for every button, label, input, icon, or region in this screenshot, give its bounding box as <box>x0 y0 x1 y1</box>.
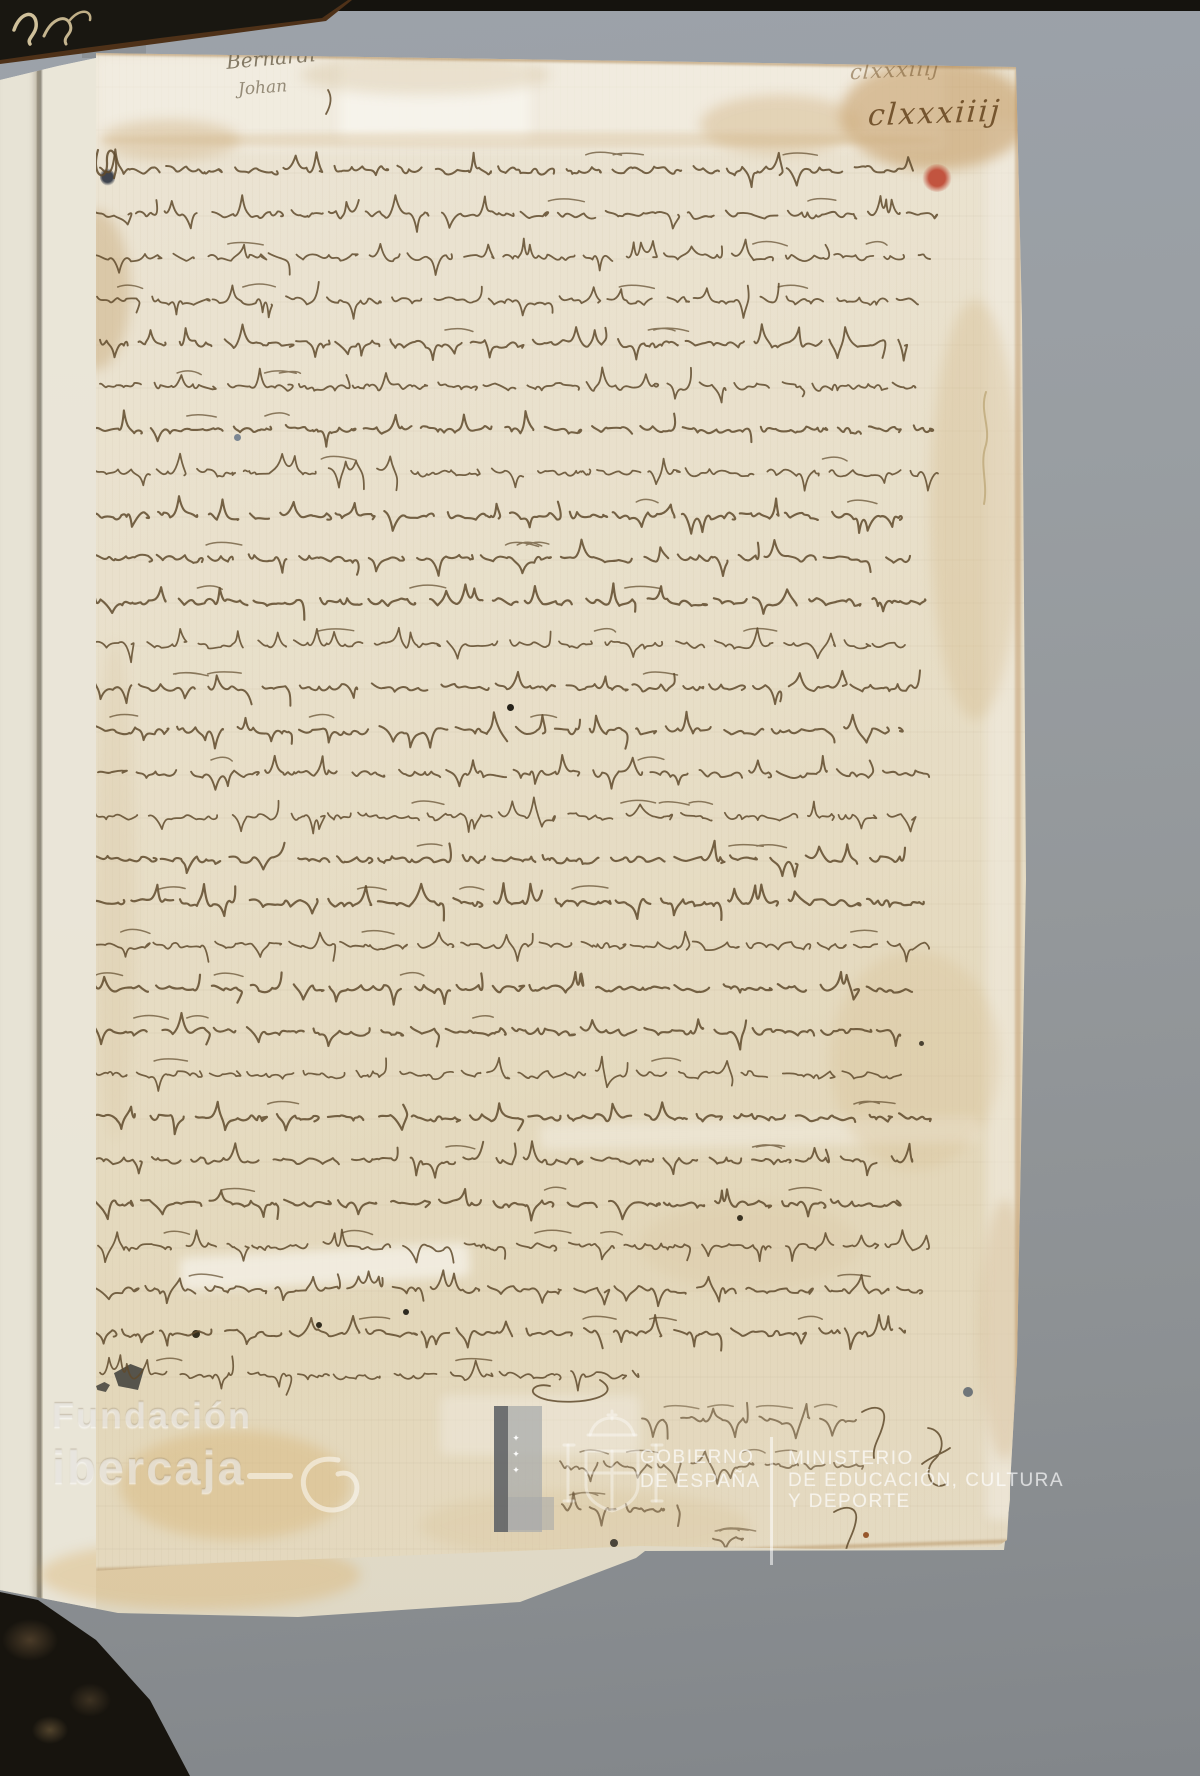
ibercaja-watermark-line2: ibercaja <box>52 1440 252 1496</box>
star-icon: ✦ <box>512 1434 520 1443</box>
ministerio-line1: MINISTERIO <box>788 1448 1064 1470</box>
binding-threads <box>0 0 120 60</box>
star-icon: ✦ <box>512 1466 520 1475</box>
gobierno-line2: DE ESPAÑA <box>640 1470 761 1494</box>
gobierno-line1: GOBIERNO <box>640 1446 761 1470</box>
gobierno-watermark: GOBIERNO DE ESPAÑA <box>640 1446 761 1494</box>
spain-flag-bar-dark <box>494 1406 508 1532</box>
manuscript-scan-photo: Bernardi Johan clxxxiiij clxxxiiij Funda… <box>0 0 1200 1776</box>
star-icon: ✦ <box>512 1450 520 1459</box>
flag-stars: ✦ ✦ ✦ <box>508 1434 524 1475</box>
ministerio-line3: Y DEPORTE <box>788 1491 1064 1513</box>
ibercaja-swirl-logo-icon <box>242 1450 372 1525</box>
ibercaja-watermark: Fundación ibercaja <box>52 1392 252 1496</box>
ministerio-watermark: MINISTERIO DE EDUCACIÓN, CULTURA Y DEPOR… <box>788 1448 1064 1513</box>
binding-gutter-crease <box>36 70 43 1600</box>
watermark-divider <box>770 1437 773 1565</box>
previous-leaf-edge <box>0 60 38 1620</box>
guard-strip <box>43 58 96 1608</box>
ibercaja-watermark-line1: Fundación <box>52 1392 252 1440</box>
ministerio-line2: DE EDUCACIÓN, CULTURA <box>788 1470 1064 1492</box>
spain-flag-bar-foot <box>508 1497 554 1530</box>
